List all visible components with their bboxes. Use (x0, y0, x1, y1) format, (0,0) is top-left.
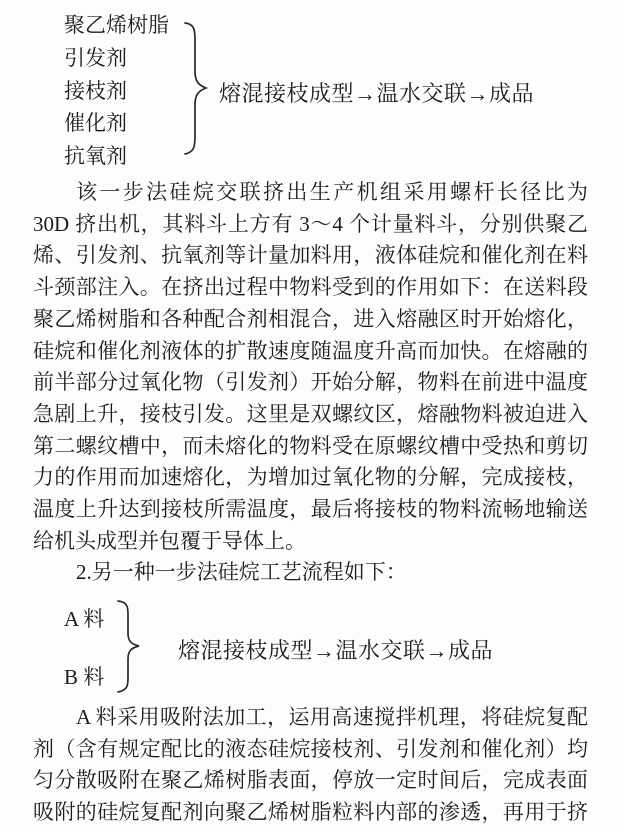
text-line: 硅烷和催化剂液体的扩散速度随温度升高而加快。在熔融的 (33, 336, 588, 368)
text-line: 匀分散吸附在聚乙烯树脂表面，停放一定时间后，完成表面 (33, 765, 588, 797)
process-flow-text: 熔混接枝成型→温水交联→成品 (219, 77, 534, 108)
text-line: 力的作用而加速熔化，为增加过氧化物的分解，完成接枝， (33, 462, 588, 494)
ingredient-item: 催化剂 (64, 107, 169, 140)
text-line: 第二螺纹槽中，而未熔化的物料受在原螺纹槽中受热和剪切 (33, 431, 588, 463)
text-line: 烯、引发剂、抗氧剂等计量加料用，液体硅烷和催化剂在料 (33, 240, 588, 272)
text-line: 温度上升达到接枝所需温度，最后将接枝的物料流畅地输送 (33, 494, 588, 526)
ingredient-item: 抗氧剂 (64, 140, 169, 173)
text-line: 给机头成型并包覆于导体上。 (33, 526, 588, 558)
material-b-label: B 料 (64, 661, 104, 691)
document-page: 聚乙烯树脂 引发剂 接枝剂 催化剂 抗氧剂 熔混接枝成型→温水交联→成品 该一步… (0, 0, 619, 829)
process-flow-text: 熔混接枝成型→温水交联→成品 (178, 634, 493, 665)
text-line: 2.另一种一步法硅烷工艺流程如下： (33, 557, 588, 589)
text-line: 前半部分过氧化物（引发剂）开始分解，物料在前进中温度 (33, 367, 588, 399)
text-line: 吸附的硅烷复配剂向聚乙烯树脂粒料内部的渗透，再用于挤 (33, 797, 588, 829)
ingredient-item: 接枝剂 (64, 75, 169, 108)
text-line: 急剧上升，接枝引发。这里是双螺纹区，熔融物料被迫进入 (33, 399, 588, 431)
paragraph-block: A 料采用吸附法加工，运用高速搅拌机理，将硅烷复配 剂（含有规定配比的液态硅烷接… (33, 702, 588, 828)
text-line: 该一步法硅烷交联挤出生产机组采用螺杆长径比为 (33, 177, 588, 209)
text-line: 30D 挤出机，其料斗上方有 3～4 个计量料斗，分别供聚乙 (33, 209, 588, 241)
text-line: 聚乙烯树脂和各种配合剂相混合，进入熔融区时开始熔化， (33, 304, 588, 336)
material-a-label: A 料 (64, 603, 104, 633)
ingredient-list: 聚乙烯树脂 引发剂 接枝剂 催化剂 抗氧剂 (64, 9, 169, 173)
curly-brace-icon (181, 21, 208, 156)
text-line: 剂（含有规定配比的液态硅烷接枝剂、引发剂和催化剂）均 (33, 734, 588, 766)
paragraph-block: 该一步法硅烷交联挤出生产机组采用螺杆长径比为 30D 挤出机，其料斗上方有 3～… (33, 177, 588, 589)
ingredient-item: 聚乙烯树脂 (64, 9, 169, 42)
text-line: A 料采用吸附法加工，运用高速搅拌机理，将硅烷复配 (33, 702, 588, 734)
ingredient-item: 引发剂 (64, 42, 169, 75)
curly-brace-icon (114, 599, 141, 694)
text-line: 斗颈部注入。在挤出过程中物料受到的作用如下：在送料段 (33, 272, 588, 304)
